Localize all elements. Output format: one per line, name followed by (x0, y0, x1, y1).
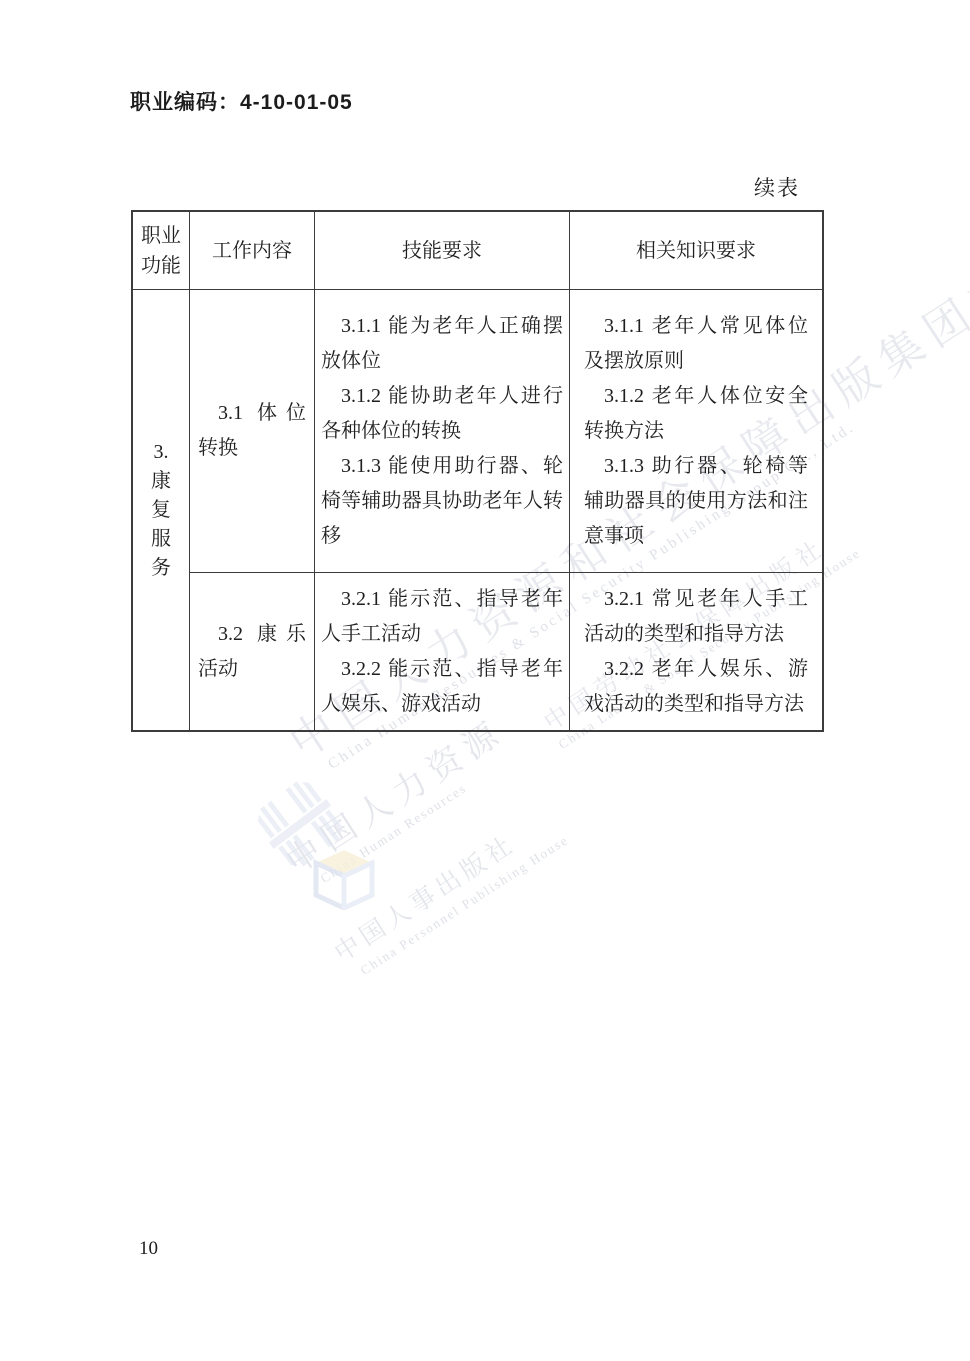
function-number: 3. (154, 438, 169, 467)
column-header-skill-requirements: 技能要求 (315, 212, 570, 290)
knowledge-cell-3-1: 3.1.1 老年人常见体位及摆放原则 3.1.2 老年人体位安全转换方法 3.1… (570, 290, 822, 573)
occupational-standard-table: 职业功能 工作内容 技能要求 相关知识要求 3. 康复服务 3.1 体位转换 3… (131, 210, 824, 732)
occupation-code-label: 职业编码：4-10-01-05 (130, 86, 353, 116)
work-content-cell-3-1: 3.1 体位转换 (190, 290, 315, 573)
knowledge-item: 3.1.2 老年人体位安全转换方法 (584, 379, 808, 449)
knowledge-item: 3.2.2 老年人娱乐、游戏活动的类型和指导方法 (584, 652, 808, 722)
skill-item: 3.1.3 能使用助行器、轮椅等辅助器具协助老年人转移 (321, 449, 563, 554)
skill-item: 3.1.1 能为老年人正确摆放体位 (321, 309, 563, 379)
knowledge-item: 3.2.1 常见老年人手工活动的类型和指导方法 (584, 582, 808, 652)
work-content-3-1: 3.1 体位转换 (198, 396, 306, 466)
publisher-cube-logo-icon (312, 848, 376, 910)
page-number: 10 (139, 1238, 158, 1260)
skill-item: 3.1.2 能协助老年人进行各种体位的转换 (321, 379, 563, 449)
function-cell-rehabilitation-service: 3. 康复服务 (133, 290, 190, 730)
function-name: 康复服务 (150, 467, 172, 583)
watermark-personnel-press-en: China Personnel Publishing House (358, 832, 572, 979)
document-page: 中国人力资源和社会保障出版集团有限公司 China Human Resource… (0, 0, 970, 1361)
column-header-work-content: 工作内容 (190, 212, 315, 290)
knowledge-cell-3-2: 3.2.1 常见老年人手工活动的类型和指导方法 3.2.2 老年人娱乐、游戏活动… (570, 573, 822, 730)
work-content-3-2: 3.2 康乐活动 (198, 617, 306, 687)
skill-item: 3.2.2 能示范、指导老年人娱乐、游戏活动 (321, 652, 563, 722)
column-header-function: 职业功能 (133, 212, 190, 290)
continued-table-label: 续表 (624, 172, 824, 202)
skill-item: 3.2.1 能示范、指导老年人手工活动 (321, 582, 563, 652)
column-header-knowledge-requirements: 相关知识要求 (570, 212, 822, 290)
knowledge-item: 3.1.1 老年人常见体位及摆放原则 (584, 309, 808, 379)
skill-cell-3-2: 3.2.1 能示范、指导老年人手工活动 3.2.2 能示范、指导老年人娱乐、游戏… (315, 573, 570, 730)
skill-cell-3-1: 3.1.1 能为老年人正确摆放体位 3.1.2 能协助老年人进行各种体位的转换 … (315, 290, 570, 573)
knowledge-item: 3.1.3 助行器、轮椅等辅助器具的使用方法和注意事项 (584, 449, 808, 554)
work-content-cell-3-2: 3.2 康乐活动 (190, 573, 315, 730)
